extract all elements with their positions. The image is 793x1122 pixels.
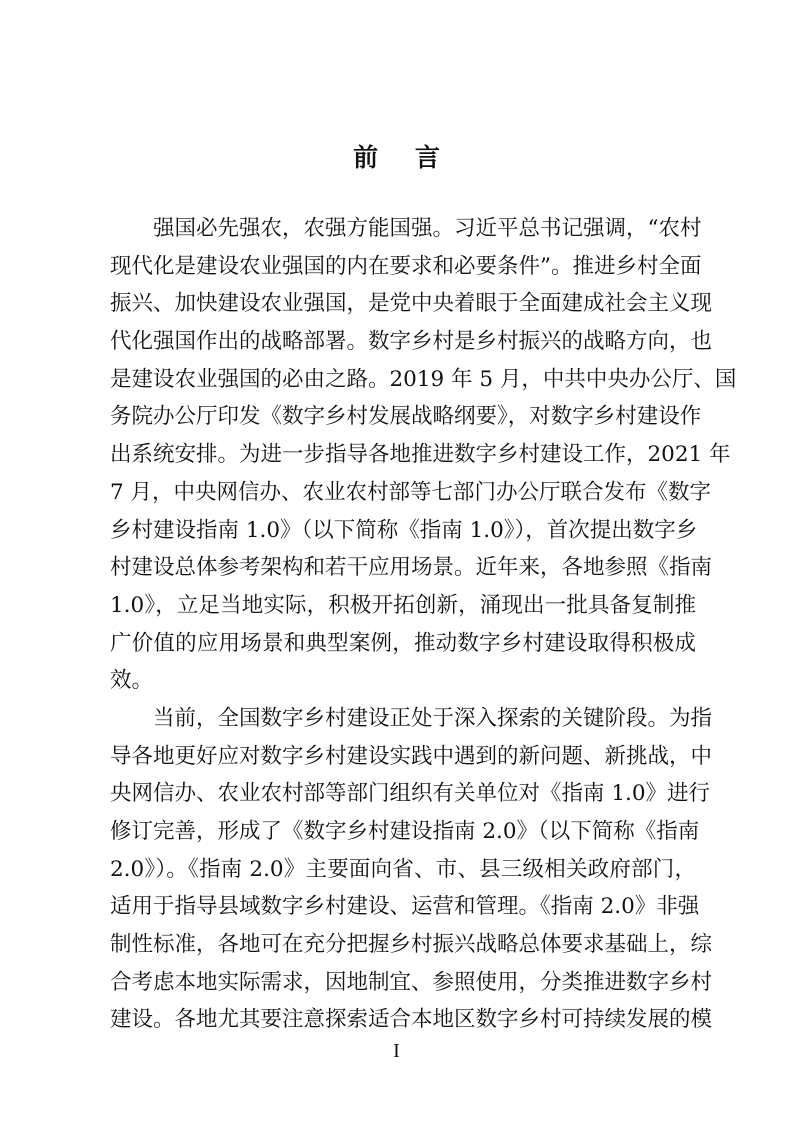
text-line: 央网信办、农业农村部等部门组织有关单位对《指南 1.0》进行: [110, 775, 696, 813]
text-line: 是建设农业强国的必由之路。2019 年 5 月，中共中央办公厅、国: [110, 361, 696, 399]
text-line: 2.0》）。《指南 2.0》主要面向省、市、县三级相关政府部门，: [110, 851, 696, 889]
text-line: 村建设总体参考架构和若干应用场景。近年来，各地参照《指南: [110, 549, 696, 587]
text-line: 振兴、加快建设农业强国，是党中央着眼于全面建成社会主义现: [110, 285, 696, 323]
text-line: 适用于指导县域数字乡村建设、运营和管理。《指南 2.0》非强: [110, 888, 696, 926]
text-line: 导各地更好应对数字乡村建设实践中遇到的新问题、新挑战，中: [110, 738, 696, 776]
text-line: 制性标准，各地可在充分把握乡村振兴战略总体要求基础上，综: [110, 926, 696, 964]
text-line: 强国必先强农，农强方能国强。习近平总书记强调，“农村: [110, 210, 696, 248]
text-line: 1.0》，立足当地实际，积极开拓创新，涌现出一批具备复制推: [110, 587, 696, 625]
text-line: 务院办公厅印发《数字乡村发展战略纲要》，对数字乡村建设作: [110, 398, 696, 436]
text-line: 7 月，中央网信办、农业农村部等七部门办公厅联合发布《数字: [110, 474, 696, 512]
text-line: 效。: [110, 662, 696, 700]
body-text: 强国必先强农，农强方能国强。习近平总书记强调，“农村 现代化是建设农业强国的内在…: [110, 210, 696, 1039]
text-line: 修订完善，形成了《数字乡村建设指南 2.0》（以下简称《指南: [110, 813, 696, 851]
page-title: 前 言: [0, 138, 793, 174]
text-line: 广价值的应用场景和典型案例，推动数字乡村建设取得积极成: [110, 625, 696, 663]
paragraph-2: 当前，全国数字乡村建设正处于深入探索的关键阶段。为指 导各地更好应对数字乡村建设…: [110, 700, 696, 1039]
text-line: 现代化是建设农业强国的内在要求和必要条件”。推进乡村全面: [110, 248, 696, 286]
text-line: 代化强国作出的战略部署。数字乡村是乡村振兴的战略方向，也: [110, 323, 696, 361]
text-line: 建设。各地尤其要注意探索适合本地区数字乡村可持续发展的模: [110, 1001, 696, 1039]
paragraph-1: 强国必先强农，农强方能国强。习近平总书记强调，“农村 现代化是建设农业强国的内在…: [110, 210, 696, 700]
text-line: 当前，全国数字乡村建设正处于深入探索的关键阶段。为指: [110, 700, 696, 738]
page-number: I: [0, 1040, 793, 1063]
text-line: 乡村建设指南 1.0》（以下简称《指南 1.0》），首次提出数字乡: [110, 512, 696, 550]
text-line: 出系统安排。为进一步指导各地推进数字乡村建设工作，2021 年: [110, 436, 696, 474]
text-line: 合考虑本地实际需求，因地制宜、参照使用，分类推进数字乡村: [110, 964, 696, 1002]
